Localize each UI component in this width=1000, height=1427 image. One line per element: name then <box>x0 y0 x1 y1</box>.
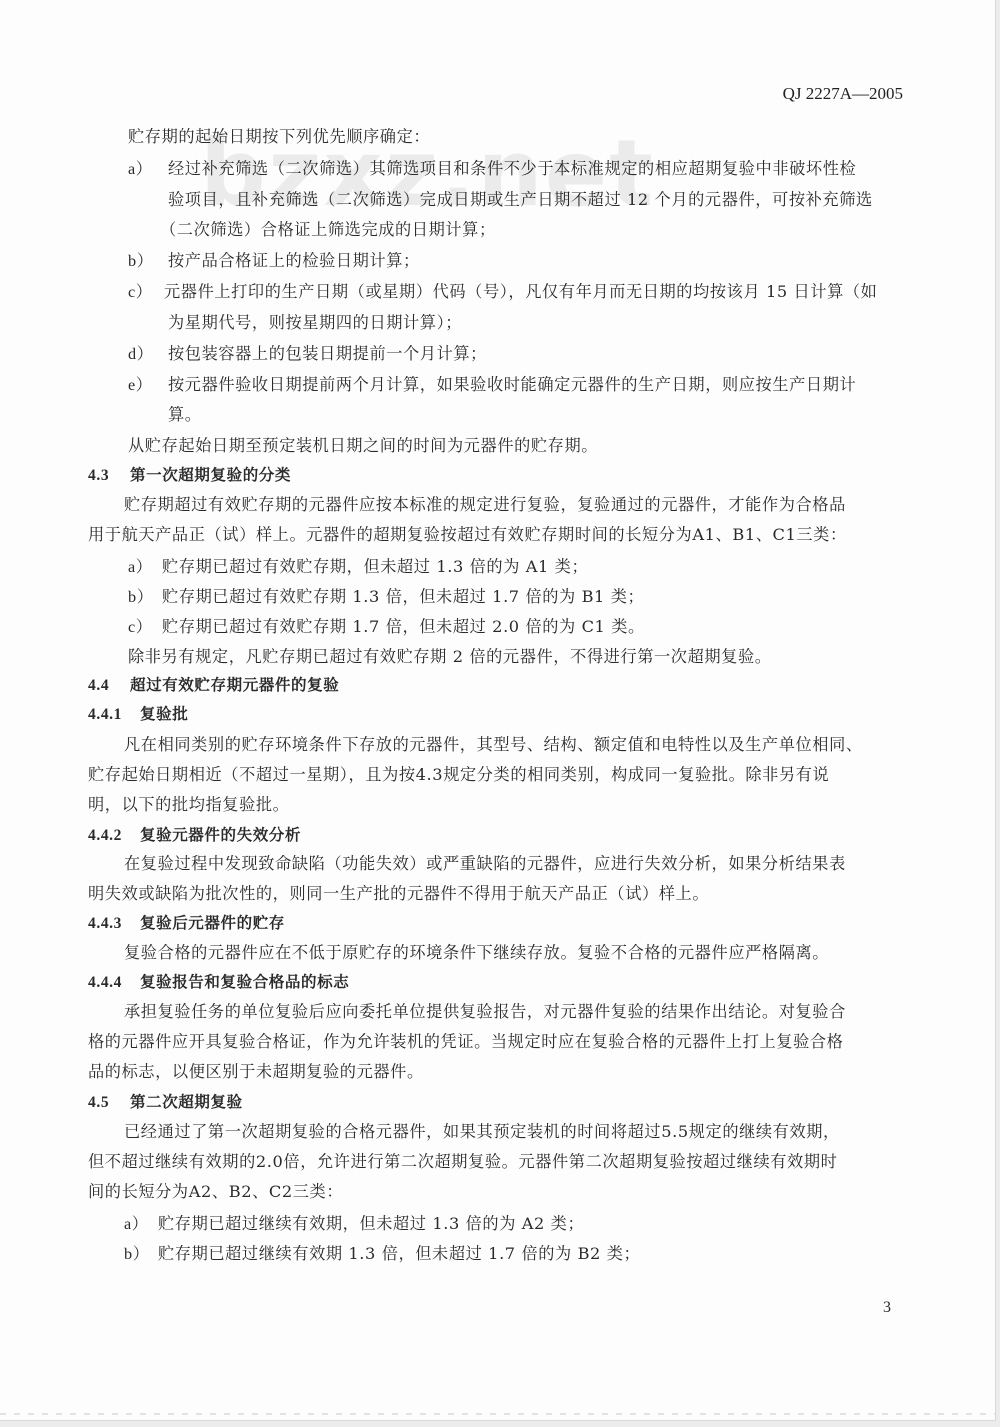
list-item-b: b）按产品合格证上的检验日期计算； <box>128 250 420 272</box>
list-label: c） <box>128 616 162 638</box>
section-title: 第二次超期复验 <box>130 1093 243 1111</box>
section-number: 4.5 <box>88 1092 130 1114</box>
paragraph-line: 贮存起始日期相近（不超过一星期），且为按4.3规定分类的相同类别，构成同一复验批… <box>88 764 829 786</box>
list-text: 按产品合格证上的检验日期计算； <box>168 251 420 270</box>
section-heading-4-4-3: 4.4.3复验后元器件的贮存 <box>88 912 285 935</box>
section-title: 第一次超期复验的分类 <box>130 466 291 484</box>
section-heading-4-3: 4.3第一次超期复验的分类 <box>88 464 291 487</box>
section-title: 复验报告和复验合格品的标志 <box>140 973 349 991</box>
paragraph-line: 从贮存起始日期至预定装机日期之间的时间为元器件的贮存期。 <box>128 435 598 457</box>
list-item-e: e）按元器件验收日期提前两个月计算，如果验收时能确定元器件的生产日期，则应按生产… <box>128 374 856 396</box>
paragraph-line: 复验合格的元器件应在不低于原贮存的环境条件下继续存放。复验不合格的元器件应严格隔… <box>124 942 829 964</box>
list-text: 贮存期已超过有效贮存期，但未超过 1.3 倍的为 A1 类； <box>162 557 588 576</box>
list-item-a: a）贮存期已超过继续有效期，但未超过 1.3 倍的为 A2 类； <box>124 1213 584 1235</box>
list-label: a） <box>124 1213 158 1235</box>
paragraph-line: 但不超过继续有效期的2.0倍，允许进行第二次超期复验。元器件第二次超期复验按超过… <box>88 1151 837 1173</box>
list-text: 元器件上打印的生产日期（或星期）代码（号），凡仅有年月而无日期的均按该月 15 … <box>164 282 877 301</box>
section-number: 4.4.3 <box>88 913 140 935</box>
list-label: d） <box>128 343 168 365</box>
section-number: 4.4.4 <box>88 972 140 994</box>
list-text: 经过补充筛选（二次筛选）其筛选项目和条件不少于本标准规定的相应超期复验中非破坏性… <box>168 159 856 178</box>
list-label: b） <box>124 1243 158 1265</box>
list-item-c: c）元器件上打印的生产日期（或星期）代码（号），凡仅有年月而无日期的均按该月 1… <box>128 281 877 303</box>
list-item-d: d）按包装容器上的包装日期提前一个月计算； <box>128 343 487 365</box>
list-text: 贮存期已超过有效贮存期 1.3 倍，但未超过 1.7 倍的为 B1 类； <box>162 587 644 606</box>
paragraph-line: （二次筛选）合格证上筛选完成的日期计算； <box>160 219 496 241</box>
paragraph-line: 算。 <box>168 404 202 426</box>
list-label: a） <box>128 556 162 578</box>
section-heading-4-4: 4.4超过有效贮存期元器件的复验 <box>88 674 339 697</box>
section-title: 复验元器件的失效分析 <box>140 826 301 844</box>
paragraph-line: 已经通过了第一次超期复验的合格元器件，如果其预定装机的时间将超过5.5规定的继续… <box>124 1121 840 1143</box>
list-item-b: b）贮存期已超过有效贮存期 1.3 倍，但未超过 1.7 倍的为 B1 类； <box>128 586 644 608</box>
paragraph-line: 用于航天产品正（试）样上。元器件的超期复验按超过有效贮存期时间的长短分为A1、B… <box>88 524 847 546</box>
paragraph-line: 验项目，且补充筛选（二次筛选）完成日期或生产日期不超过 12 个月的元器件，可按… <box>168 189 873 211</box>
section-heading-4-4-4: 4.4.4复验报告和复验合格品的标志 <box>88 971 349 994</box>
section-number: 4.4.1 <box>88 704 140 726</box>
paragraph-line: 明，以下的批均指复验批。 <box>88 794 289 816</box>
section-number: 4.4.2 <box>88 825 140 847</box>
section-number: 4.4 <box>88 675 130 697</box>
document-code: QJ 2227A—2005 <box>783 84 903 104</box>
list-text: 贮存期已超过继续有效期，但未超过 1.3 倍的为 A2 类； <box>158 1214 584 1233</box>
section-title: 超过有效贮存期元器件的复验 <box>130 676 339 694</box>
list-text: 按元器件验收日期提前两个月计算，如果验收时能确定元器件的生产日期，则应按生产日期… <box>168 375 856 394</box>
list-text: 贮存期已超过有效贮存期 1.7 倍，但未超过 2.0 倍的为 C1 类。 <box>162 617 645 636</box>
paragraph-line: 凡在相同类别的贮存环境条件下存放的元器件，其型号、结构、额定值和电特性以及生产单… <box>124 734 863 756</box>
list-text: 按包装容器上的包装日期提前一个月计算； <box>168 344 487 363</box>
list-item-a: a）经过补充筛选（二次筛选）其筛选项目和条件不少于本标准规定的相应超期复验中非破… <box>128 158 856 180</box>
paragraph-line: 为星期代号，则按星期四的日期计算）； <box>168 312 462 334</box>
paragraph-line: 承担复验任务的单位复验后应向委托单位提供复验报告，对元器件复验的结果作出结论。对… <box>124 1001 846 1023</box>
section-heading-4-4-2: 4.4.2复验元器件的失效分析 <box>88 824 301 847</box>
list-label: c） <box>128 281 164 303</box>
paragraph-line: 间的长短分为A2、B2、C2三类： <box>88 1181 343 1203</box>
list-text: 贮存期已超过继续有效期 1.3 倍，但未超过 1.7 倍的为 B2 类； <box>158 1244 640 1263</box>
page-number: 3 <box>883 1299 891 1317</box>
list-item-a: a）贮存期已超过有效贮存期，但未超过 1.3 倍的为 A1 类； <box>128 556 588 578</box>
paragraph-line: 除非另有规定，凡贮存期已超过有效贮存期 2 倍的元器件，不得进行第一次超期复验。 <box>128 646 772 668</box>
paragraph-line: 明失效或缺陷为批次性的，则同一生产批的元器件不得用于航天产品正（试）样上。 <box>88 883 709 905</box>
list-item-b: b）贮存期已超过继续有效期 1.3 倍，但未超过 1.7 倍的为 B2 类； <box>124 1243 640 1265</box>
section-title: 复验批 <box>140 705 188 723</box>
list-label: b） <box>128 250 168 272</box>
section-title: 复验后元器件的贮存 <box>140 914 285 932</box>
section-heading-4-5: 4.5第二次超期复验 <box>88 1091 243 1114</box>
paragraph-line: 格的元器件应开具复验合格证，作为允许装机的凭证。当规定时应在复验合格的元器件上打… <box>88 1031 843 1053</box>
list-item-c: c）贮存期已超过有效贮存期 1.7 倍，但未超过 2.0 倍的为 C1 类。 <box>128 616 645 638</box>
section-heading-4-4-1: 4.4.1复验批 <box>88 703 188 726</box>
paragraph-line: 贮存期的起始日期按下列优先顺序确定： <box>128 126 430 148</box>
list-label: a） <box>128 158 168 180</box>
section-number: 4.3 <box>88 465 130 487</box>
list-label: b） <box>128 586 162 608</box>
document-page: bzxz.net QJ 2227A—2005 贮存期的起始日期按下列优先顺序确定… <box>0 0 996 1421</box>
scan-artifact-line <box>0 1413 995 1415</box>
list-label: e） <box>128 374 168 396</box>
paragraph-line: 品的标志，以便区别于未超期复验的元器件。 <box>88 1061 424 1083</box>
paragraph-line: 贮存期超过有效贮存期的元器件应按本标准的规定进行复验，复验通过的元器件，才能作为… <box>124 494 846 516</box>
paragraph-line: 在复验过程中发现致命缺陷（功能失效）或严重缺陷的元器件，应进行失效分析，如果分析… <box>124 853 846 875</box>
